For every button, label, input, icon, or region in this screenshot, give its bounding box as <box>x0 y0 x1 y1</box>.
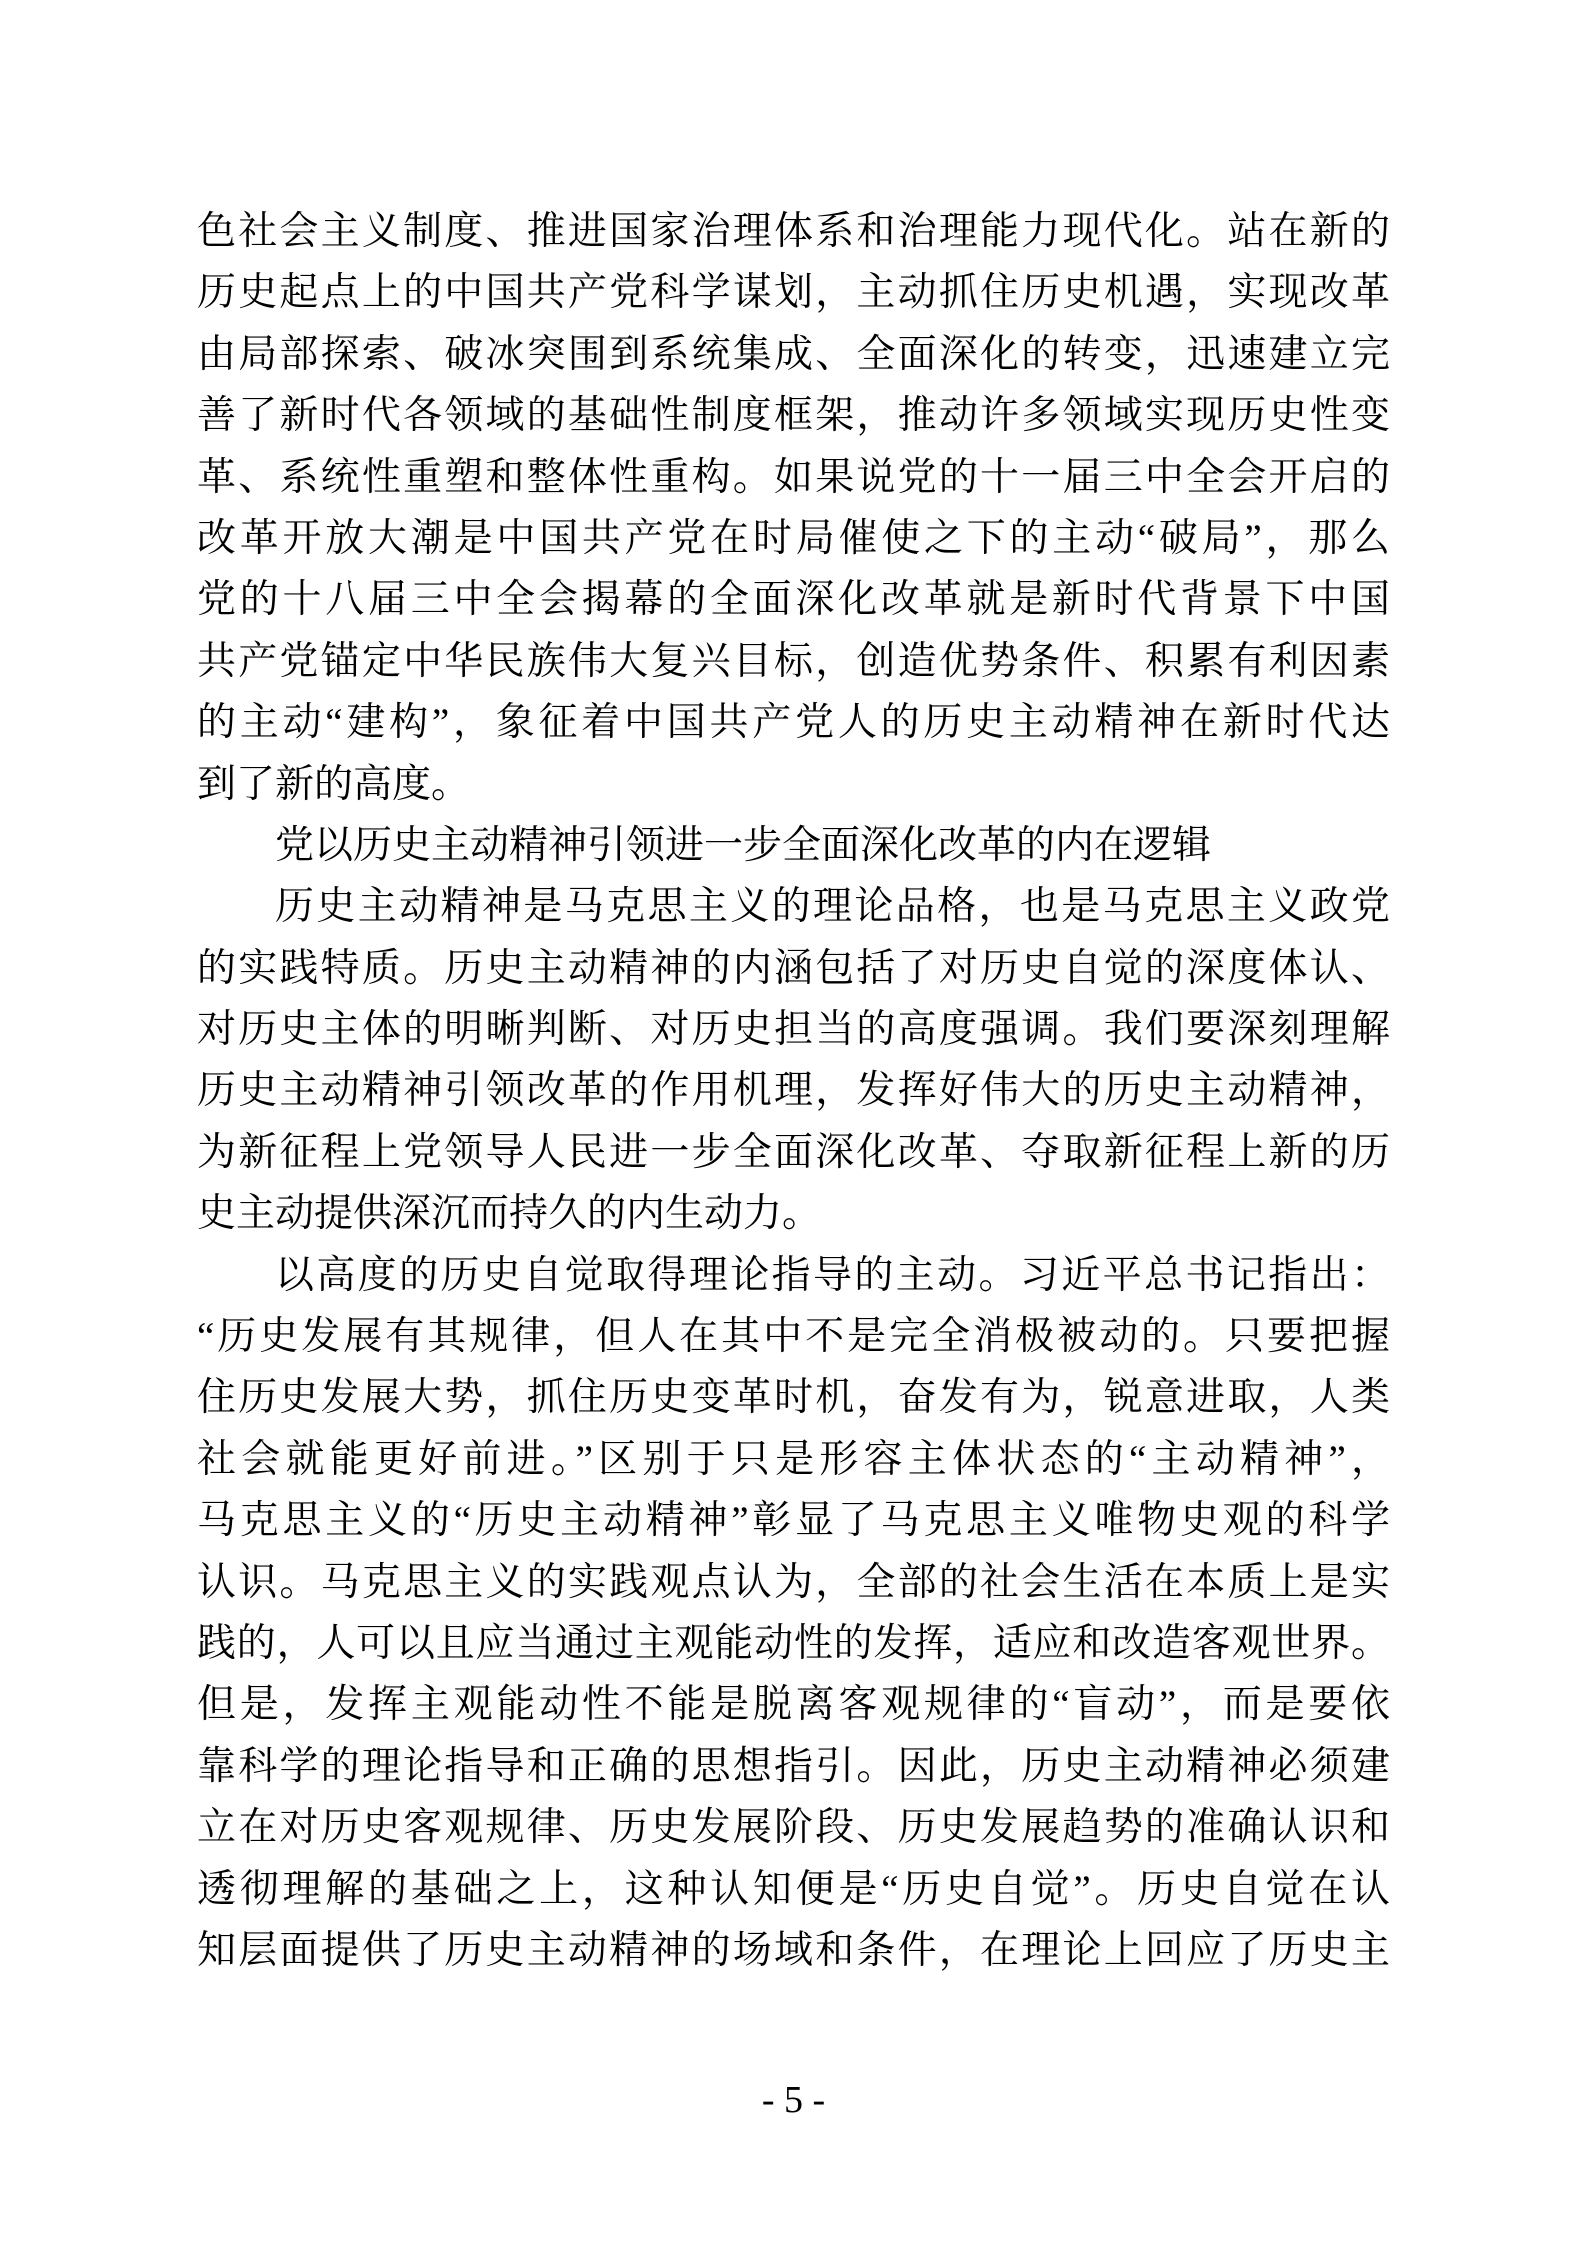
text-line: 为新征程上党领导人民进一步全面深化改革、夺取新征程上新的历 <box>197 1122 1390 1183</box>
document-page: 色社会主义制度、推进国家治理体系和治理能力现代化。站在新的 历史起点上的中国共产… <box>0 0 1587 2245</box>
text-line: 历史起点上的中国共产党科学谋划，主动抓住历史机遇，实现改革 <box>197 262 1390 323</box>
text-line: 善了新时代各领域的基础性制度框架，推动许多领域实现历史性变 <box>197 385 1390 446</box>
text-line: 靠科学的理论指导和正确的思想指引。因此，历史主动精神必须建 <box>197 1736 1390 1797</box>
text-line: 认识。马克思主义的实践观点认为，全部的社会生活在本质上是实 <box>197 1552 1390 1613</box>
text-line: 对历史主体的明晰判断、对历史担当的高度强调。我们要深刻理解 <box>197 999 1390 1060</box>
text-line: 革、系统性重塑和整体性重构。如果说党的十一届三中全会开启的 <box>197 447 1390 508</box>
text-line: 立在对历史客观规律、历史发展阶段、历史发展趋势的准确认识和 <box>197 1797 1390 1858</box>
text-line: 马克思主义的“历史主动精神”彰显了马克思主义唯物史观的科学 <box>197 1490 1390 1551</box>
text-line: 的主动“建构”，象征着中国共产党人的历史主动精神在新时代达 <box>197 692 1390 753</box>
text-line: 但是，发挥主观能动性不能是脱离客观规律的“盲动”，而是要依 <box>197 1674 1390 1735</box>
paragraph-end-line: 到了新的高度。 <box>197 754 1390 815</box>
text-line: 色社会主义制度、推进国家治理体系和治理能力现代化。站在新的 <box>197 201 1390 262</box>
page-number: - 5 - <box>0 2078 1587 2122</box>
section-heading-line: 党以历史主动精神引领进一步全面深化改革的内在逻辑 <box>197 815 1390 876</box>
text-line: 历史主动精神引领改革的作用机理，发挥好伟大的历史主动精神， <box>197 1060 1390 1121</box>
text-line: 党的十八届三中全会揭幕的全面深化改革就是新时代背景下中国 <box>197 569 1390 630</box>
text-line: “历史发展有其规律，但人在其中不是完全消极被动的。只要把握 <box>197 1306 1390 1367</box>
text-line: 共产党锚定中华民族伟大复兴目标，创造优势条件、积累有利因素 <box>197 631 1390 692</box>
text-line: 社会就能更好前进。”区别于只是形容主体状态的“主动精神”， <box>197 1429 1390 1490</box>
text-line: 透彻理解的基础之上，这种认知便是“历史自觉”。历史自觉在认 <box>197 1859 1390 1920</box>
text-line: 践的，人可以且应当通过主观能动性的发挥，适应和改造客观世界。 <box>197 1613 1390 1674</box>
paragraph-start-line: 历史主动精神是马克思主义的理论品格，也是马克思主义政党 <box>197 876 1390 937</box>
document-body: 色社会主义制度、推进国家治理体系和治理能力现代化。站在新的 历史起点上的中国共产… <box>197 201 1390 1981</box>
text-line: 住历史发展大势，抓住历史变革时机，奋发有为，锐意进取，人类 <box>197 1367 1390 1428</box>
paragraph-start-line: 以高度的历史自觉取得理论指导的主动。习近平总书记指出： <box>197 1245 1390 1306</box>
text-line: 改革开放大潮是中国共产党在时局催使之下的主动“破局”，那么 <box>197 508 1390 569</box>
paragraph-end-line: 史主动提供深沉而持久的内生动力。 <box>197 1183 1390 1244</box>
text-line: 的实践特质。历史主动精神的内涵包括了对历史自觉的深度体认、 <box>197 938 1390 999</box>
text-line: 知层面提供了历史主动精神的场域和条件，在理论上回应了历史主 <box>197 1920 1390 1981</box>
text-line: 由局部探索、破冰突围到系统集成、全面深化的转变，迅速建立完 <box>197 324 1390 385</box>
